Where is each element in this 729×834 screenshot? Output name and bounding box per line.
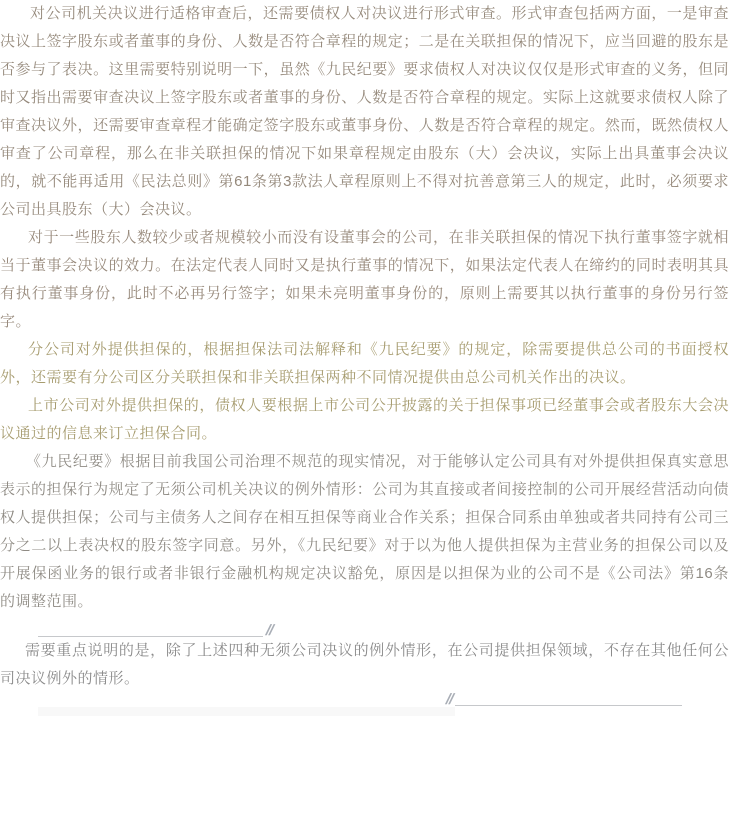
quote-divider-top: //	[0, 624, 729, 637]
paragraph-branch-company: 分公司对外提供担保的，根据担保法司法解释和《九民纪要》的规定，除需要提供总公司的…	[0, 336, 729, 392]
divider-line	[455, 693, 682, 706]
paragraph-key-note: 需要重点说明的是，除了上述四种无须公司决议的例外情形，在公司提供担保领域，不存在…	[0, 637, 729, 693]
paragraph-formal-review: 对公司机关决议进行适格审查后，还需要债权人对决议进行形式审查。形式审查包括两方面…	[0, 0, 729, 224]
divider-line	[38, 624, 263, 637]
article-body: 对公司机关决议进行适格审查后，还需要债权人对决议进行形式审查。形式审查包括两方面…	[0, 0, 729, 834]
paragraph-listed-company: 上市公司对外提供担保的，债权人要根据上市公司公开披露的关于担保事项已经董事会或者…	[0, 392, 729, 448]
double-slash-icon: //	[262, 624, 276, 637]
next-section-preview	[38, 707, 455, 716]
paragraph-small-company: 对于一些股东人数较少或者规模较小而没有设董事会的公司，在非关联担保的情况下执行董…	[0, 224, 729, 336]
double-slash-icon: //	[442, 693, 456, 706]
paragraph-exceptions: 《九民纪要》根据目前我国公司治理不规范的现实情况，对于能够认定公司具有对外提供担…	[0, 448, 729, 616]
quote-divider-bottom: //	[0, 693, 729, 706]
